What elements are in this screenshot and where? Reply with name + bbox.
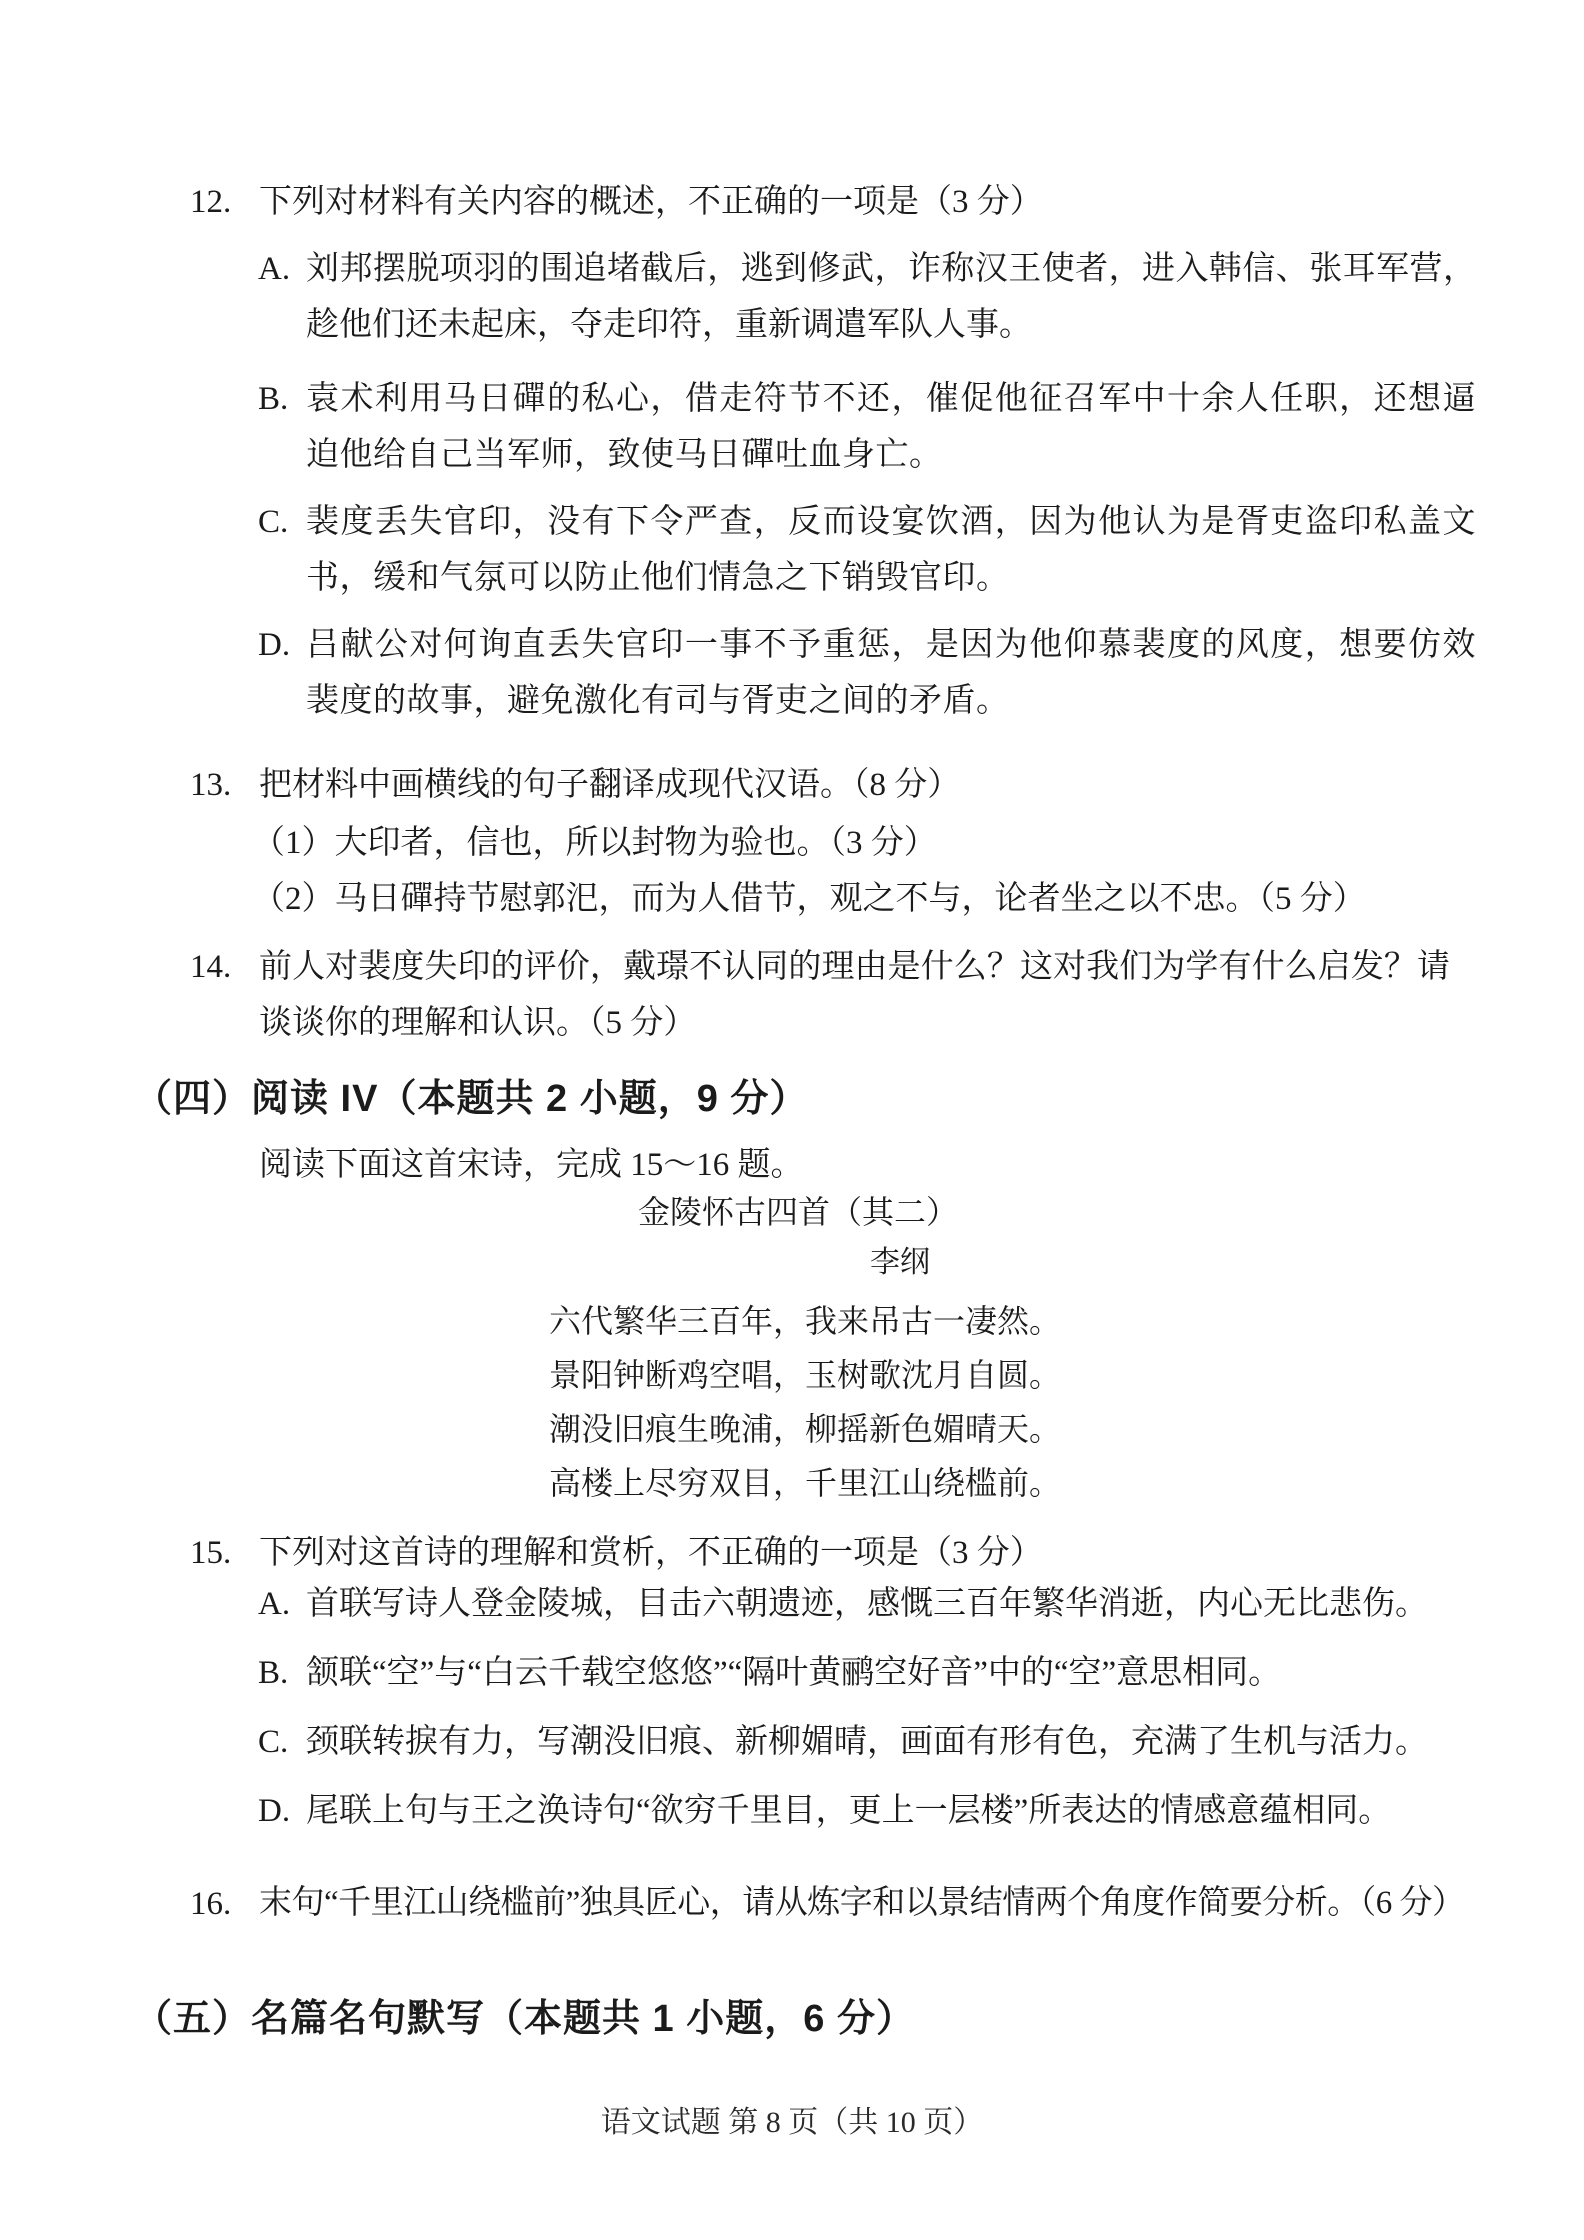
question-13-part-2: （2）马日磾持节慰郭汜，而为人借节，观之不与，论者坐之以不忠。（5 分） bbox=[252, 871, 1450, 927]
question-13-stem: 把材料中画横线的句子翻译成现代汉语。（8 分） bbox=[259, 757, 1450, 813]
option-label: C. bbox=[258, 494, 306, 606]
reading-instruction: 阅读下面这首宋诗，完成 15～16 题。 bbox=[259, 1137, 1457, 1193]
question-15-number: 15. bbox=[190, 1525, 259, 1581]
question-12-option-a: A. 刘邦摆脱项羽的围追堵截后，逃到修武，诈称汉王使者，进入韩信、张耳军营，趁他… bbox=[258, 241, 1476, 353]
question-12-number: 12. bbox=[190, 174, 259, 230]
poem-line: 景阳钟断鸡空唱，玉树歌沈月自圆。 bbox=[13, 1348, 1584, 1402]
poem-author: 李纲 bbox=[108, 1238, 1584, 1288]
option-text: 吕献公对何询直丢失官印一事不予重惩，是因为他仰慕裴度的风度，想要仿效裴度的故事，… bbox=[306, 617, 1476, 729]
poem-line: 潮没旧痕生晚浦，柳摇新色媚晴天。 bbox=[13, 1402, 1584, 1456]
option-text: 首联写诗人登金陵城，目击六朝遗迹，感慨三百年繁华消逝，内心无比悲伤。 bbox=[306, 1570, 1476, 1639]
question-15-option-d: D. 尾联上句与王之涣诗句“欲穷千里目，更上一层楼”所表达的情感意蕴相同。 bbox=[258, 1777, 1476, 1846]
question-15-options: A. 首联写诗人登金陵城，目击六朝遗迹，感慨三百年繁华消逝，内心无比悲伤。 B.… bbox=[258, 1570, 1476, 1846]
question-14-stem: 前人对裴度失印的评价，戴璟不认同的理由是什么？这对我们为学有什么启发？请谈谈你的… bbox=[259, 939, 1450, 1051]
question-15-option-a: A. 首联写诗人登金陵城，目击六朝遗迹，感慨三百年繁华消逝，内心无比悲伤。 bbox=[258, 1570, 1476, 1639]
option-label: D. bbox=[258, 1777, 306, 1846]
question-15-option-b: B. 颔联“空”与“白云千载空悠悠”“隔叶黄鹂空好音”中的“空”意思相同。 bbox=[258, 1639, 1476, 1708]
option-label: A. bbox=[258, 1570, 306, 1639]
page-footer: 语文试题 第 8 页（共 10 页） bbox=[0, 2103, 1584, 2143]
poem-line: 高楼上尽穷双目，千里江山绕槛前。 bbox=[13, 1456, 1584, 1510]
option-text: 尾联上句与王之涣诗句“欲穷千里目，更上一层楼”所表达的情感意蕴相同。 bbox=[306, 1777, 1476, 1846]
question-12-option-d: D. 吕献公对何询直丢失官印一事不予重惩，是因为他仰慕裴度的风度，想要仿效裴度的… bbox=[258, 617, 1476, 729]
question-12-stem: 下列对材料有关内容的概述，不正确的一项是（3 分） bbox=[259, 174, 1450, 230]
question-13: 13. 把材料中画横线的句子翻译成现代汉语。（8 分） bbox=[190, 757, 1450, 813]
option-text: 刘邦摆脱项羽的围追堵截后，逃到修武，诈称汉王使者，进入韩信、张耳军营，趁他们还未… bbox=[306, 241, 1476, 353]
option-text: 颈联转捩有力，写潮没旧痕、新柳媚晴，画面有形有色，充满了生机与活力。 bbox=[306, 1708, 1476, 1777]
question-15-option-c: C. 颈联转捩有力，写潮没旧痕、新柳媚晴，画面有形有色，充满了生机与活力。 bbox=[258, 1708, 1476, 1777]
option-label: B. bbox=[258, 1639, 306, 1708]
question-12-option-b: B. 袁术利用马日磾的私心，借走符节不还，催促他征召军中十余人任职，还想逼迫他给… bbox=[258, 371, 1476, 483]
option-text: 颔联“空”与“白云千载空悠悠”“隔叶黄鹂空好音”中的“空”意思相同。 bbox=[306, 1639, 1476, 1708]
question-14: 14. 前人对裴度失印的评价，戴璟不认同的理由是什么？这对我们为学有什么启发？请… bbox=[190, 939, 1450, 1051]
option-label: B. bbox=[258, 371, 306, 483]
question-12: 12. 下列对材料有关内容的概述，不正确的一项是（3 分） bbox=[190, 174, 1450, 230]
question-16-stem: 末句“千里江山绕槛前”独具匠心，请从炼字和以景结情两个角度作简要分析。（6 分） bbox=[259, 1876, 1450, 1932]
poem-block: 金陵怀古四首（其二） 李纲 六代繁华三百年，我来吊古一凄然。 景阳钟断鸡空唱，玉… bbox=[0, 1186, 1584, 1510]
section-heading-five: （五）名篇名句默写（本题共 1 小题，6 分） bbox=[134, 1991, 1454, 2047]
section-heading-four: （四）阅读 IV（本题共 2 小题，9 分） bbox=[134, 1071, 1454, 1127]
option-text: 袁术利用马日磾的私心，借走符节不还，催促他征召军中十余人任职，还想逼迫他给自己当… bbox=[306, 371, 1476, 483]
question-13-number: 13. bbox=[190, 757, 259, 813]
option-label: D. bbox=[258, 617, 306, 729]
poem-lines: 六代繁华三百年，我来吊古一凄然。 景阳钟断鸡空唱，玉树歌沈月自圆。 潮没旧痕生晚… bbox=[13, 1294, 1584, 1510]
question-13-part-1: （1）大印者，信也，所以封物为验也。（3 分） bbox=[252, 815, 1450, 871]
option-label: C. bbox=[258, 1708, 306, 1777]
question-16: 16. 末句“千里江山绕槛前”独具匠心，请从炼字和以景结情两个角度作简要分析。（… bbox=[190, 1876, 1450, 1932]
question-16-number: 16. bbox=[190, 1876, 259, 1932]
exam-page: 12. 下列对材料有关内容的概述，不正确的一项是（3 分） A. 刘邦摆脱项羽的… bbox=[0, 0, 1584, 2240]
question-14-number: 14. bbox=[190, 939, 259, 1051]
option-text: 裴度丢失官印，没有下令严查，反而设宴饮酒，因为他认为是胥吏盗印私盖文书，缓和气氛… bbox=[306, 494, 1476, 606]
poem-title: 金陵怀古四首（其二） bbox=[6, 1186, 1584, 1238]
option-label: A. bbox=[258, 241, 306, 353]
question-12-option-c: C. 裴度丢失官印，没有下令严查，反而设宴饮酒，因为他认为是胥吏盗印私盖文书，缓… bbox=[258, 494, 1476, 606]
poem-line: 六代繁华三百年，我来吊古一凄然。 bbox=[13, 1294, 1584, 1348]
